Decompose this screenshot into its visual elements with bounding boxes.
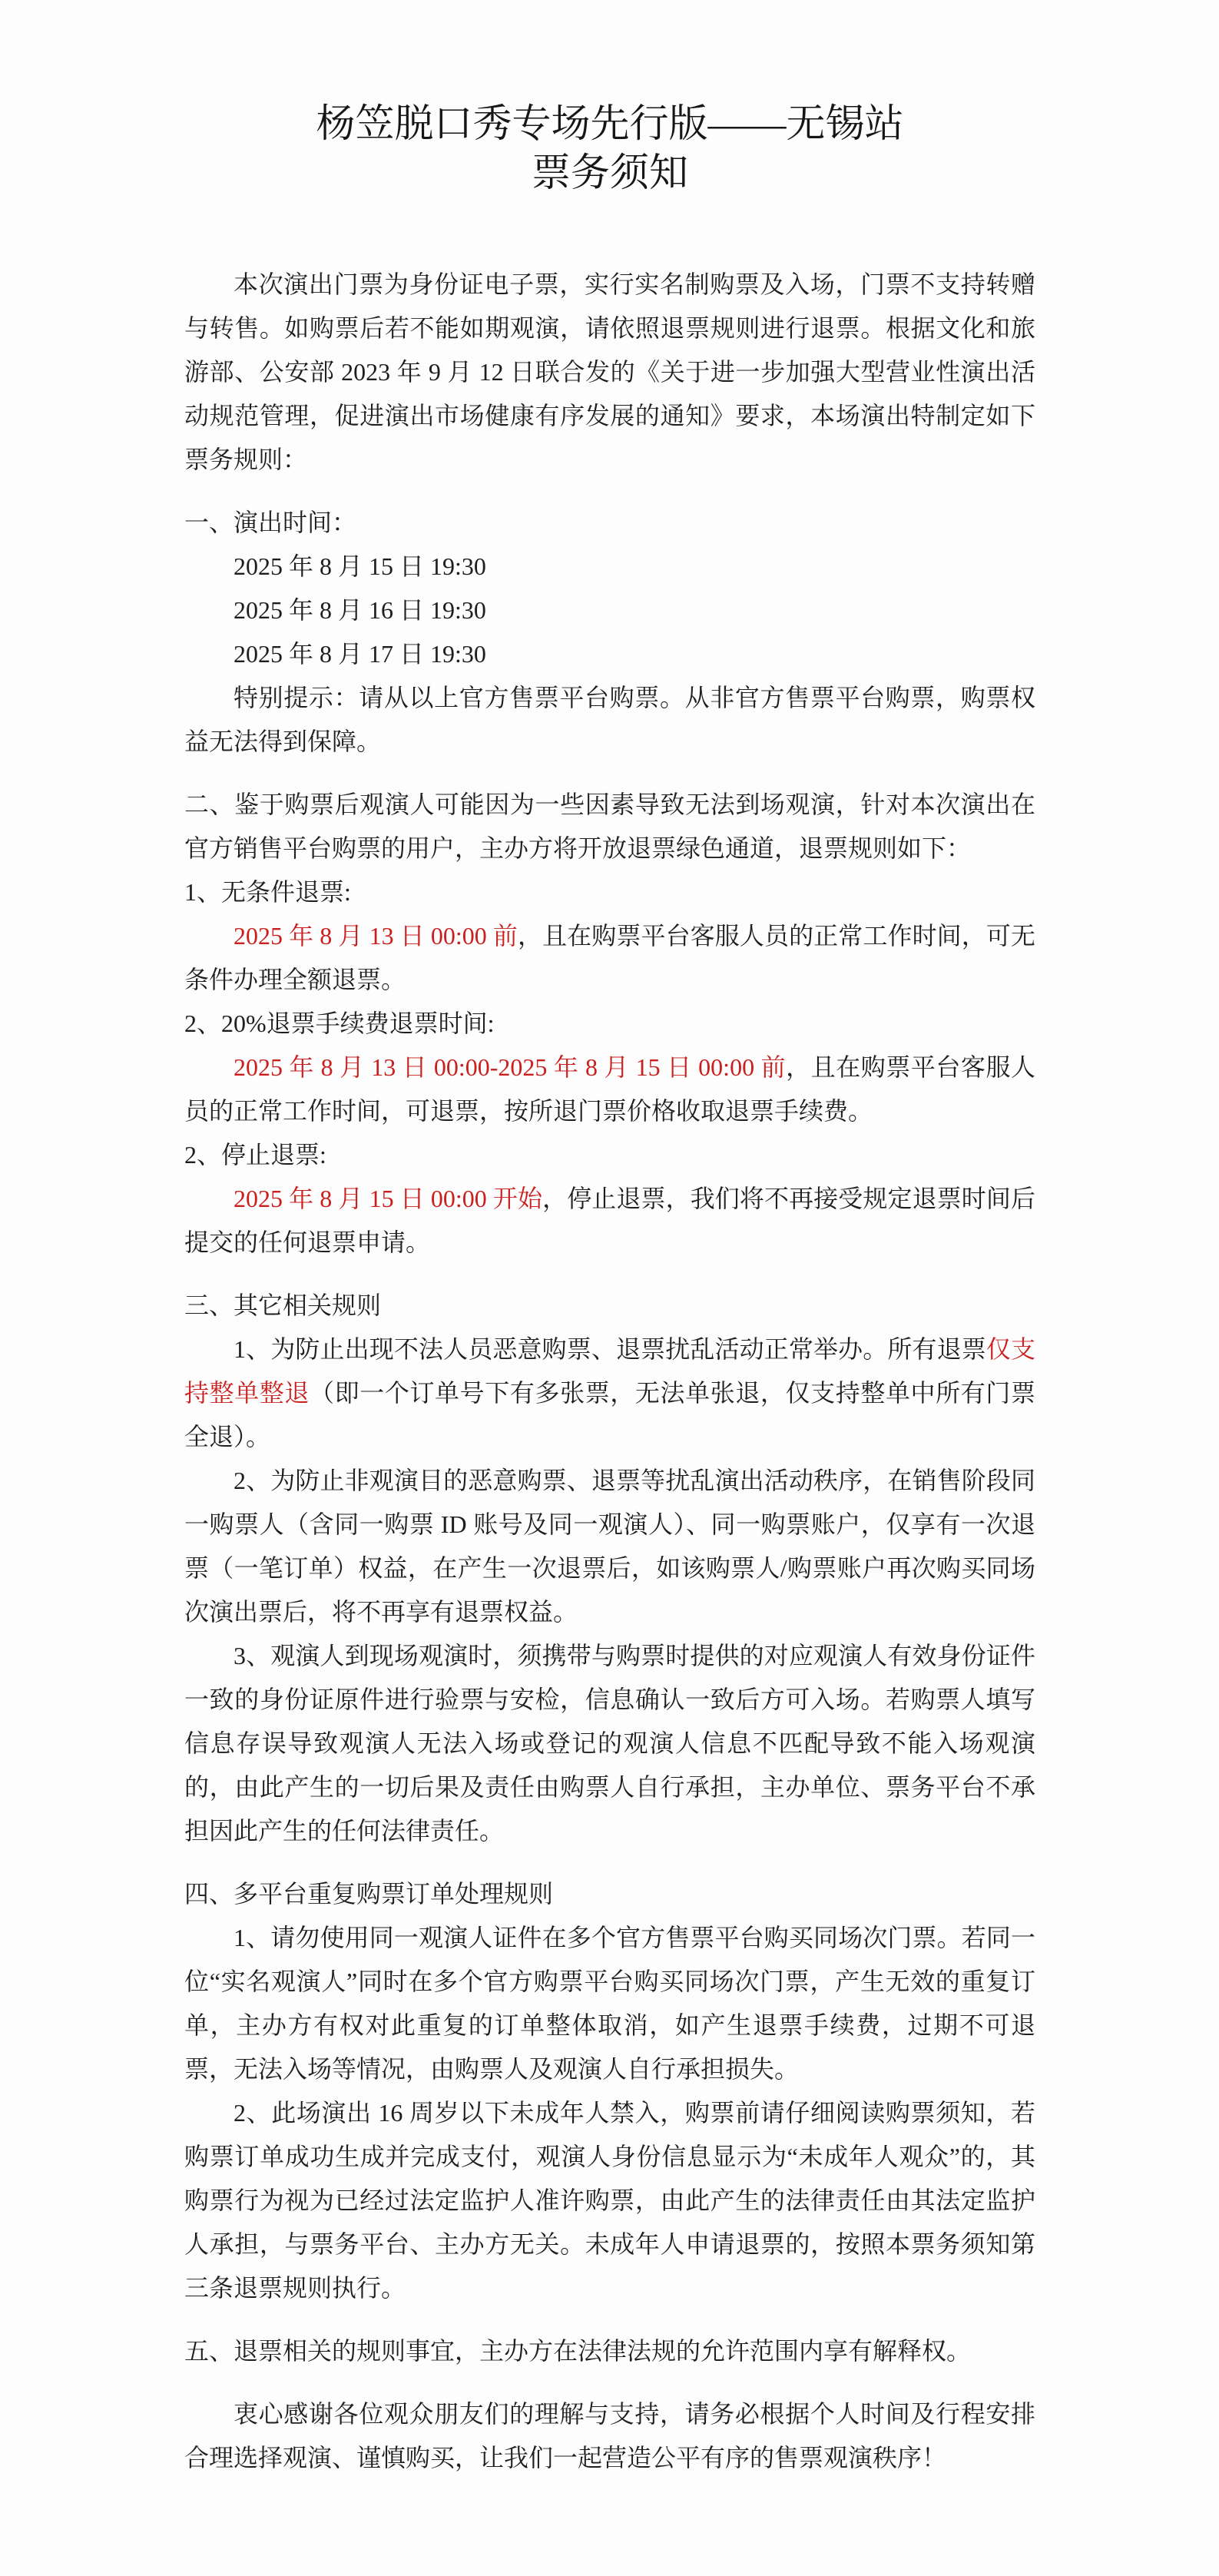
section-2-heading-paragraph: 二、鉴于购票后观演人可能因为一些因素导致无法到场观演，针对本次演出在官方销售平台… — [184, 783, 1035, 870]
text-run: 四、多平台重复购票订单处理规则 — [184, 1880, 553, 1908]
showtime-2: 2025 年 8 月 16 日 19:30 — [184, 588, 1035, 632]
refund-rule-stop-detail: 2025 年 8 月 15 日 00:00 开始，停止退票，我们将不再接受规定退… — [184, 1177, 1035, 1265]
text-run: 一、演出时间： — [184, 509, 356, 536]
multi-platform-rule-1: 1、请勿使用同一观演人证件在多个官方售票平台购买同场次门票。若同一位“实名观演人… — [184, 1916, 1035, 2091]
text-run: 五、退票相关的规则事宜，主办方在法律法规的允许范围内享有解释权。 — [184, 2337, 971, 2365]
other-rule-1: 1、为防止出现不法人员恶意购票、退票扰乱活动正常举办。所有退票仅支持整单整退（即… — [184, 1328, 1035, 1459]
text-run: 2、停止退票: — [184, 1141, 326, 1169]
page-title-line-2: 票务须知 — [184, 149, 1035, 198]
closing-paragraph: 衷心感谢各位观众朋友们的理解与支持，请务必根据个人时间及行程安排合理选择观演、谨… — [184, 2392, 1035, 2480]
text-run: 1、为防止出现不法人员恶意购票、退票扰乱活动正常举办。所有退票 — [234, 1335, 986, 1363]
multi-platform-rule-2: 2、此场演出 16 周岁以下未成年人禁入，购票前请仔细阅读购票须知，若购票订单成… — [184, 2091, 1035, 2310]
refund-rule-1-detail: 2025 年 8 月 13 日 00:00 前，且在购票平台客服人员的正常工作时… — [184, 914, 1035, 1002]
text-run: 衷心感谢各位观众朋友们的理解与支持，请务必根据个人时间及行程安排合理选择观演、谨… — [184, 2400, 1035, 2472]
other-rule-2: 2、为防止非观演目的恶意购票、退票等扰乱演出活动秩序，在销售阶段同一购票人（含同… — [184, 1459, 1035, 1634]
text-run: 二、鉴于购票后观演人可能因为一些因素导致无法到场观演，针对本次演出在官方销售平台… — [184, 791, 1035, 862]
text-run: 2、20%退票手续费退票时间: — [184, 1010, 495, 1037]
text-run: 2025 年 8 月 15 日 19:30 — [234, 552, 486, 580]
text-run: 2025 年 8 月 17 日 19:30 — [234, 640, 486, 668]
showtime-3: 2025 年 8 月 17 日 19:30 — [184, 632, 1035, 676]
page-title: 杨笠脱口秀专场先行版——无锡站 票务须知 — [184, 100, 1035, 198]
text-run: （即一个订单号下有多张票，无法单张退，仅支持整单中所有门票全退）。 — [184, 1379, 1035, 1450]
red-emphasis-text: 2025 年 8 月 13 日 00:00 前 — [234, 922, 518, 950]
intro-paragraph: 本次演出门票为身份证电子票，实行实名制购票及入场，门票不支持转赠与转售。如购票后… — [184, 263, 1035, 482]
red-emphasis-text: 2025 年 8 月 13 日 00:00-2025 年 8 月 15 日 00… — [234, 1053, 786, 1081]
special-notice-paragraph: 特别提示：请从以上官方售票平台购票。从非官方售票平台购票，购票权益无法得到保障。 — [184, 676, 1035, 764]
other-rule-3: 3、观演人到现场观演时，须携带与购票时提供的对应观演人有效身份证件一致的身份证原… — [184, 1634, 1035, 1853]
refund-rule-stop-heading: 2、停止退票: — [184, 1133, 1035, 1177]
refund-rule-2-detail: 2025 年 8 月 13 日 00:00-2025 年 8 月 15 日 00… — [184, 1046, 1035, 1133]
text-run: 三、其它相关规则 — [184, 1291, 381, 1319]
refund-rule-2-heading: 2、20%退票手续费退票时间: — [184, 1002, 1035, 1046]
page-title-line-1: 杨笠脱口秀专场先行版——无锡站 — [184, 100, 1035, 149]
text-run: 1、无条件退票: — [184, 878, 351, 906]
text-run: 特别提示：请从以上官方售票平台购票。从非官方售票平台购票，购票权益无法得到保障。 — [184, 684, 1035, 755]
document-body: 本次演出门票为身份证电子票，实行实名制购票及入场，门票不支持转赠与转售。如购票后… — [184, 263, 1035, 2480]
text-run: 2025 年 8 月 16 日 19:30 — [234, 596, 486, 624]
showtime-1: 2025 年 8 月 15 日 19:30 — [184, 545, 1035, 588]
text-run: 本次演出门票为身份证电子票，实行实名制购票及入场，门票不支持转赠与转售。如购票后… — [184, 270, 1035, 473]
text-run: 1、请勿使用同一观演人证件在多个官方售票平台购买同场次门票。若同一位“实名观演人… — [184, 1924, 1035, 2083]
ticket-notice-document: 杨笠脱口秀专场先行版——无锡站 票务须知 本次演出门票为身份证电子票，实行实名制… — [0, 0, 1219, 2576]
red-emphasis-text: 2025 年 8 月 15 日 00:00 开始 — [234, 1185, 542, 1212]
text-run: 2、为防止非观演目的恶意购票、退票等扰乱演出活动秩序，在销售阶段同一购票人（含同… — [184, 1467, 1035, 1626]
section-4-heading: 四、多平台重复购票订单处理规则 — [184, 1872, 1035, 1916]
text-run: 3、观演人到现场观演时，须携带与购票时提供的对应观演人有效身份证件一致的身份证原… — [184, 1642, 1035, 1845]
section-3-heading: 三、其它相关规则 — [184, 1284, 1035, 1328]
section-5-paragraph: 五、退票相关的规则事宜，主办方在法律法规的允许范围内享有解释权。 — [184, 2329, 1035, 2373]
section-1-heading: 一、演出时间： — [184, 501, 1035, 545]
refund-rule-1-heading: 1、无条件退票: — [184, 870, 1035, 914]
text-run: 2、此场演出 16 周岁以下未成年人禁入，购票前请仔细阅读购票须知，若购票订单成… — [184, 2099, 1035, 2302]
